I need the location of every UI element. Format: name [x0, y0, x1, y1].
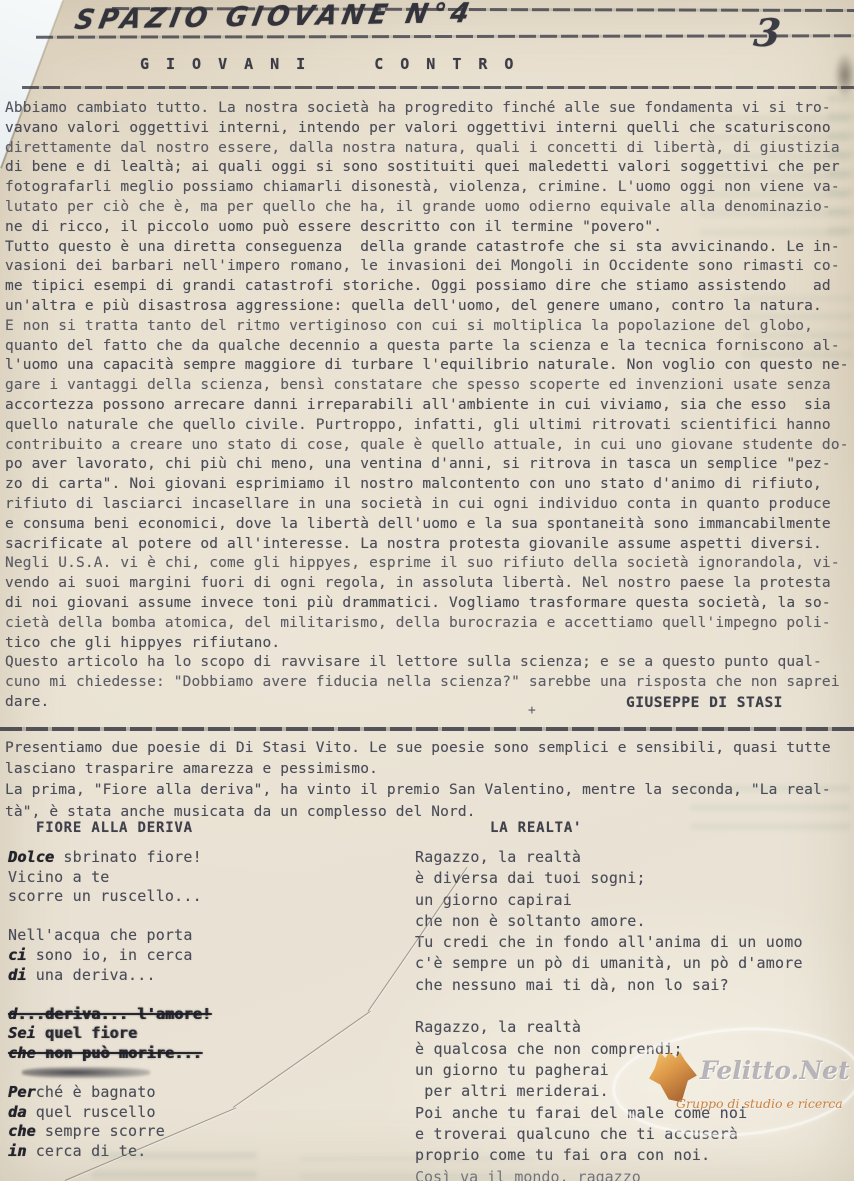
- poem-line: che sempre scorre: [8, 1122, 338, 1142]
- article-line: gare i vantaggi della scienza, bensì con…: [5, 377, 854, 397]
- typed-rule-separator: [0, 727, 854, 731]
- article-line: Negli U.S.A. vi è chi, come gli hippyes,…: [5, 555, 854, 575]
- poem-line: che non è soltanto amore.: [415, 912, 854, 933]
- article-line: po aver lavorato, chi più chi meno, una …: [5, 456, 854, 476]
- poem-line: [415, 997, 854, 1018]
- article-line: Questo articolo ha lo scopo di ravvisare…: [5, 654, 854, 674]
- intro-line: Presentiamo due poesie di Di Stasi Vito.…: [5, 740, 854, 761]
- poem-line: che nessuno mai ti dà, non lo sai?: [415, 976, 854, 997]
- bleedthrough-mark: [690, 778, 850, 830]
- poem-line: Tu credi che in fondo all'anima di un uo…: [415, 933, 854, 954]
- poem-line: è diversa dai tuoi sogni;: [415, 869, 854, 890]
- poem-line: [8, 907, 338, 927]
- page-number: 3: [752, 10, 783, 55]
- watermark-subtitle: Gruppo di studio e ricerca: [676, 1096, 843, 1111]
- bleedthrough-mark: [300, 1156, 535, 1180]
- article-line: contribuito a creare uno stato di cose, …: [5, 437, 854, 457]
- bleedthrough-mark: [92, 1148, 257, 1178]
- poem-line: Dolce sbrinato fiore!: [8, 848, 338, 868]
- article-signature: GIUSEPPE DI STASI: [626, 695, 783, 711]
- handwritten-header: SPAZIO GIOVANE N°4: [72, 0, 477, 36]
- article-line: me tipici esempi di grandi catastrofi st…: [5, 278, 854, 298]
- typed-rule-under-header: [36, 34, 854, 38]
- poem-line: Sei quel fiore: [8, 1024, 338, 1044]
- article-line: e consuma beni economici, dove la libert…: [5, 516, 854, 536]
- scanned-document-page: SPAZIO GIOVANE N°4 3 GIOVANI CONTRO Abbi…: [0, 0, 854, 1181]
- edge-smudge: [834, 52, 854, 98]
- poem-line: che non può morire...: [8, 1044, 338, 1064]
- article-line: Tutto questo è una diretta conseguenza d…: [5, 239, 854, 259]
- article-line: vasioni dei barbari nell'impero romano, …: [5, 258, 854, 278]
- poem-line: ci sono io, in cerca: [8, 946, 338, 966]
- article-line: l'uomo una capacità sempre maggiore di t…: [5, 357, 854, 377]
- article-line: quanto del fatto che da qualche decennio…: [5, 338, 854, 358]
- poem-title-right: LA REALTA': [490, 820, 582, 836]
- article-line: cietà della bomba atomica, del militaris…: [5, 615, 854, 635]
- poem-line: da quel ruscello: [8, 1103, 338, 1123]
- poem-left: Dolce sbrinato fiore!Vicino a tescorre u…: [8, 848, 338, 1162]
- poem-line: Vicino a te: [8, 868, 338, 888]
- article-line: E non si tratta tanto del ritmo vertigin…: [5, 318, 854, 338]
- watermark-name: Felitto.Net: [700, 1056, 850, 1085]
- poem-line: c'è sempre un pò di umanità, un pò d'amo…: [415, 954, 854, 975]
- poem-line: Perché è bagnato: [8, 1083, 338, 1103]
- article-line: accortezza possono arrecare danni irrepa…: [5, 397, 854, 417]
- article-line: cuno mi chiedesse: "Dobbiamo avere fiduc…: [5, 674, 854, 694]
- poem-line: un giorno capirai: [415, 891, 854, 912]
- typed-cross-mark: +: [528, 703, 536, 718]
- section-heading: GIOVANI CONTRO: [140, 55, 530, 73]
- article-line: di noi giovani assume invece toni più dr…: [5, 595, 854, 615]
- article-line: rifiuto di lasciarci incasellare in una …: [5, 496, 854, 516]
- poem-line: Nell'acqua che porta: [8, 926, 338, 946]
- poem-line: [8, 985, 338, 1005]
- poem-line: Ragazzo, la realtà: [415, 848, 854, 869]
- article-line: quello naturale che quello civile. Purtr…: [5, 417, 854, 437]
- poem-line: di una deriva...: [8, 966, 338, 986]
- poem-line: d...deriva... l'amore!: [8, 1005, 338, 1025]
- article-line: tico che gli hippyes rifiutano.: [5, 635, 854, 655]
- bleedthrough-mark: [700, 108, 848, 236]
- typed-rule-under-heading: [22, 86, 854, 89]
- article-line: zo di carta". Noi giovani esprimiamo il …: [5, 476, 854, 496]
- article-line: vendo ai suoi margini fuori di ogni rego…: [5, 575, 854, 595]
- article-line: sacrificate al potere od all'interesse. …: [5, 536, 854, 556]
- article-line: un'altra e più disastrosa aggressione: q…: [5, 298, 854, 318]
- bleedthrough-mark: [742, 296, 852, 358]
- poem-title-left: FIORE ALLA DERIVA: [36, 820, 193, 836]
- bleedthrough-mark: [828, 96, 854, 234]
- poem-line: scorre un ruscello...: [8, 887, 338, 907]
